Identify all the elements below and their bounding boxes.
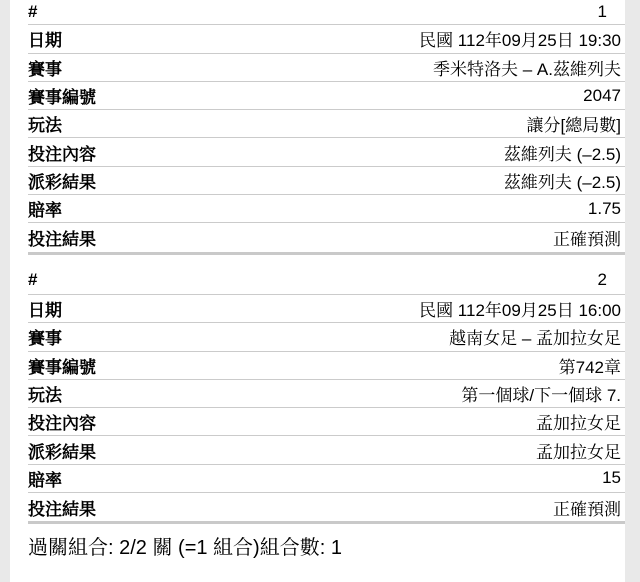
- bet-row: 玩法第一個球/下一個球 7.: [28, 380, 625, 408]
- bet-row: 投注內容孟加拉女足: [28, 408, 625, 436]
- bet-row: #1: [28, 0, 625, 25]
- bet-row-label: 派彩結果: [28, 168, 96, 193]
- bet-row-label: 賠率: [28, 466, 62, 491]
- table-end-divider-2: [28, 521, 625, 524]
- bet-row-value: 2047: [583, 86, 621, 106]
- bet-row-value: 孟加拉女足: [536, 438, 621, 463]
- bet-row-value: 季米特洛夫 – A.茲維列夫: [433, 55, 621, 80]
- bet-row-label: #: [28, 2, 37, 22]
- bet-history-card: #1日期民國 112年09月25日 19:30賽事季米特洛夫 – A.茲維列夫賽…: [10, 0, 625, 582]
- bet-row-label: 玩法: [28, 381, 62, 406]
- bet-row-value: 第742章: [559, 353, 621, 378]
- bet-row-label: 派彩結果: [28, 438, 96, 463]
- bet-row-value: 1.75: [588, 199, 621, 219]
- bet-row-label: 投注結果: [28, 225, 96, 250]
- bet-row-value: 越南女足 – 孟加拉女足: [449, 324, 621, 349]
- table-gap: [10, 255, 625, 267]
- bet-row: 日期民國 112年09月25日 19:30: [28, 25, 625, 53]
- bet-row: 派彩結果茲維列夫 (–2.5): [28, 167, 625, 195]
- bet-row: 玩法讓分[總局數]: [28, 110, 625, 138]
- bet-row-label: 投注內容: [28, 409, 96, 434]
- bet-row: 投注結果正確預測: [28, 493, 625, 521]
- bet-row-label: 日期: [28, 296, 62, 321]
- bet-row-label: 賽事編號: [28, 83, 96, 108]
- bet-row-value: 孟加拉女足: [536, 409, 621, 434]
- bet-row-label: 賽事編號: [28, 353, 96, 378]
- bet-row-value: 茲維列夫 (–2.5): [504, 168, 621, 193]
- bet-row-label: 玩法: [28, 111, 62, 136]
- bet-row-label: #: [28, 270, 37, 290]
- bet-row-value: 2: [598, 270, 621, 290]
- bet-row: 賽事季米特洛夫 – A.茲維列夫: [28, 54, 625, 82]
- bet-row-value: 茲維列夫 (–2.5): [504, 140, 621, 165]
- bet-row-value: 民國 112年09月25日 19:30: [419, 26, 621, 51]
- bet-detail-table-2: #2日期民國 112年09月25日 16:00賽事越南女足 – 孟加拉女足賽事編…: [28, 267, 625, 522]
- bet-row: 賽事越南女足 – 孟加拉女足: [28, 323, 625, 351]
- bet-row: 派彩結果孟加拉女足: [28, 436, 625, 464]
- bet-row: 賠率1.75: [28, 195, 625, 223]
- bet-row-label: 投注內容: [28, 140, 96, 165]
- bet-row-value: 正確預測: [553, 495, 621, 520]
- bet-row-value: 讓分[總局數]: [527, 111, 621, 136]
- bet-row-label: 賽事: [28, 55, 62, 80]
- bet-row: 日期民國 112年09月25日 16:00: [28, 295, 625, 323]
- bet-row-value: 第一個球/下一個球 7.: [461, 381, 621, 406]
- bet-row-label: 投注結果: [28, 495, 96, 520]
- bet-row-value: 民國 112年09月25日 16:00: [419, 296, 621, 321]
- bet-row: 投注內容茲維列夫 (–2.5): [28, 138, 625, 166]
- bet-row: 賽事編號第742章: [28, 352, 625, 380]
- bet-row-value: 15: [602, 468, 621, 488]
- bet-row: 賠率15: [28, 465, 625, 493]
- parlay-summary-text: 過關組合: 2/2 關 (=1 組合)組合數: 1: [28, 534, 625, 562]
- bet-detail-table-1: #1日期民國 112年09月25日 19:30賽事季米特洛夫 – A.茲維列夫賽…: [28, 0, 625, 252]
- bet-row: #2: [28, 267, 625, 295]
- bet-row-value: 1: [598, 2, 621, 22]
- bet-row: 投注結果正確預測: [28, 223, 625, 251]
- bet-row-label: 賠率: [28, 196, 62, 221]
- bet-row-label: 日期: [28, 26, 62, 51]
- bet-row-label: 賽事: [28, 324, 62, 349]
- bet-row-value: 正確預測: [553, 225, 621, 250]
- bet-row: 賽事編號2047: [28, 82, 625, 110]
